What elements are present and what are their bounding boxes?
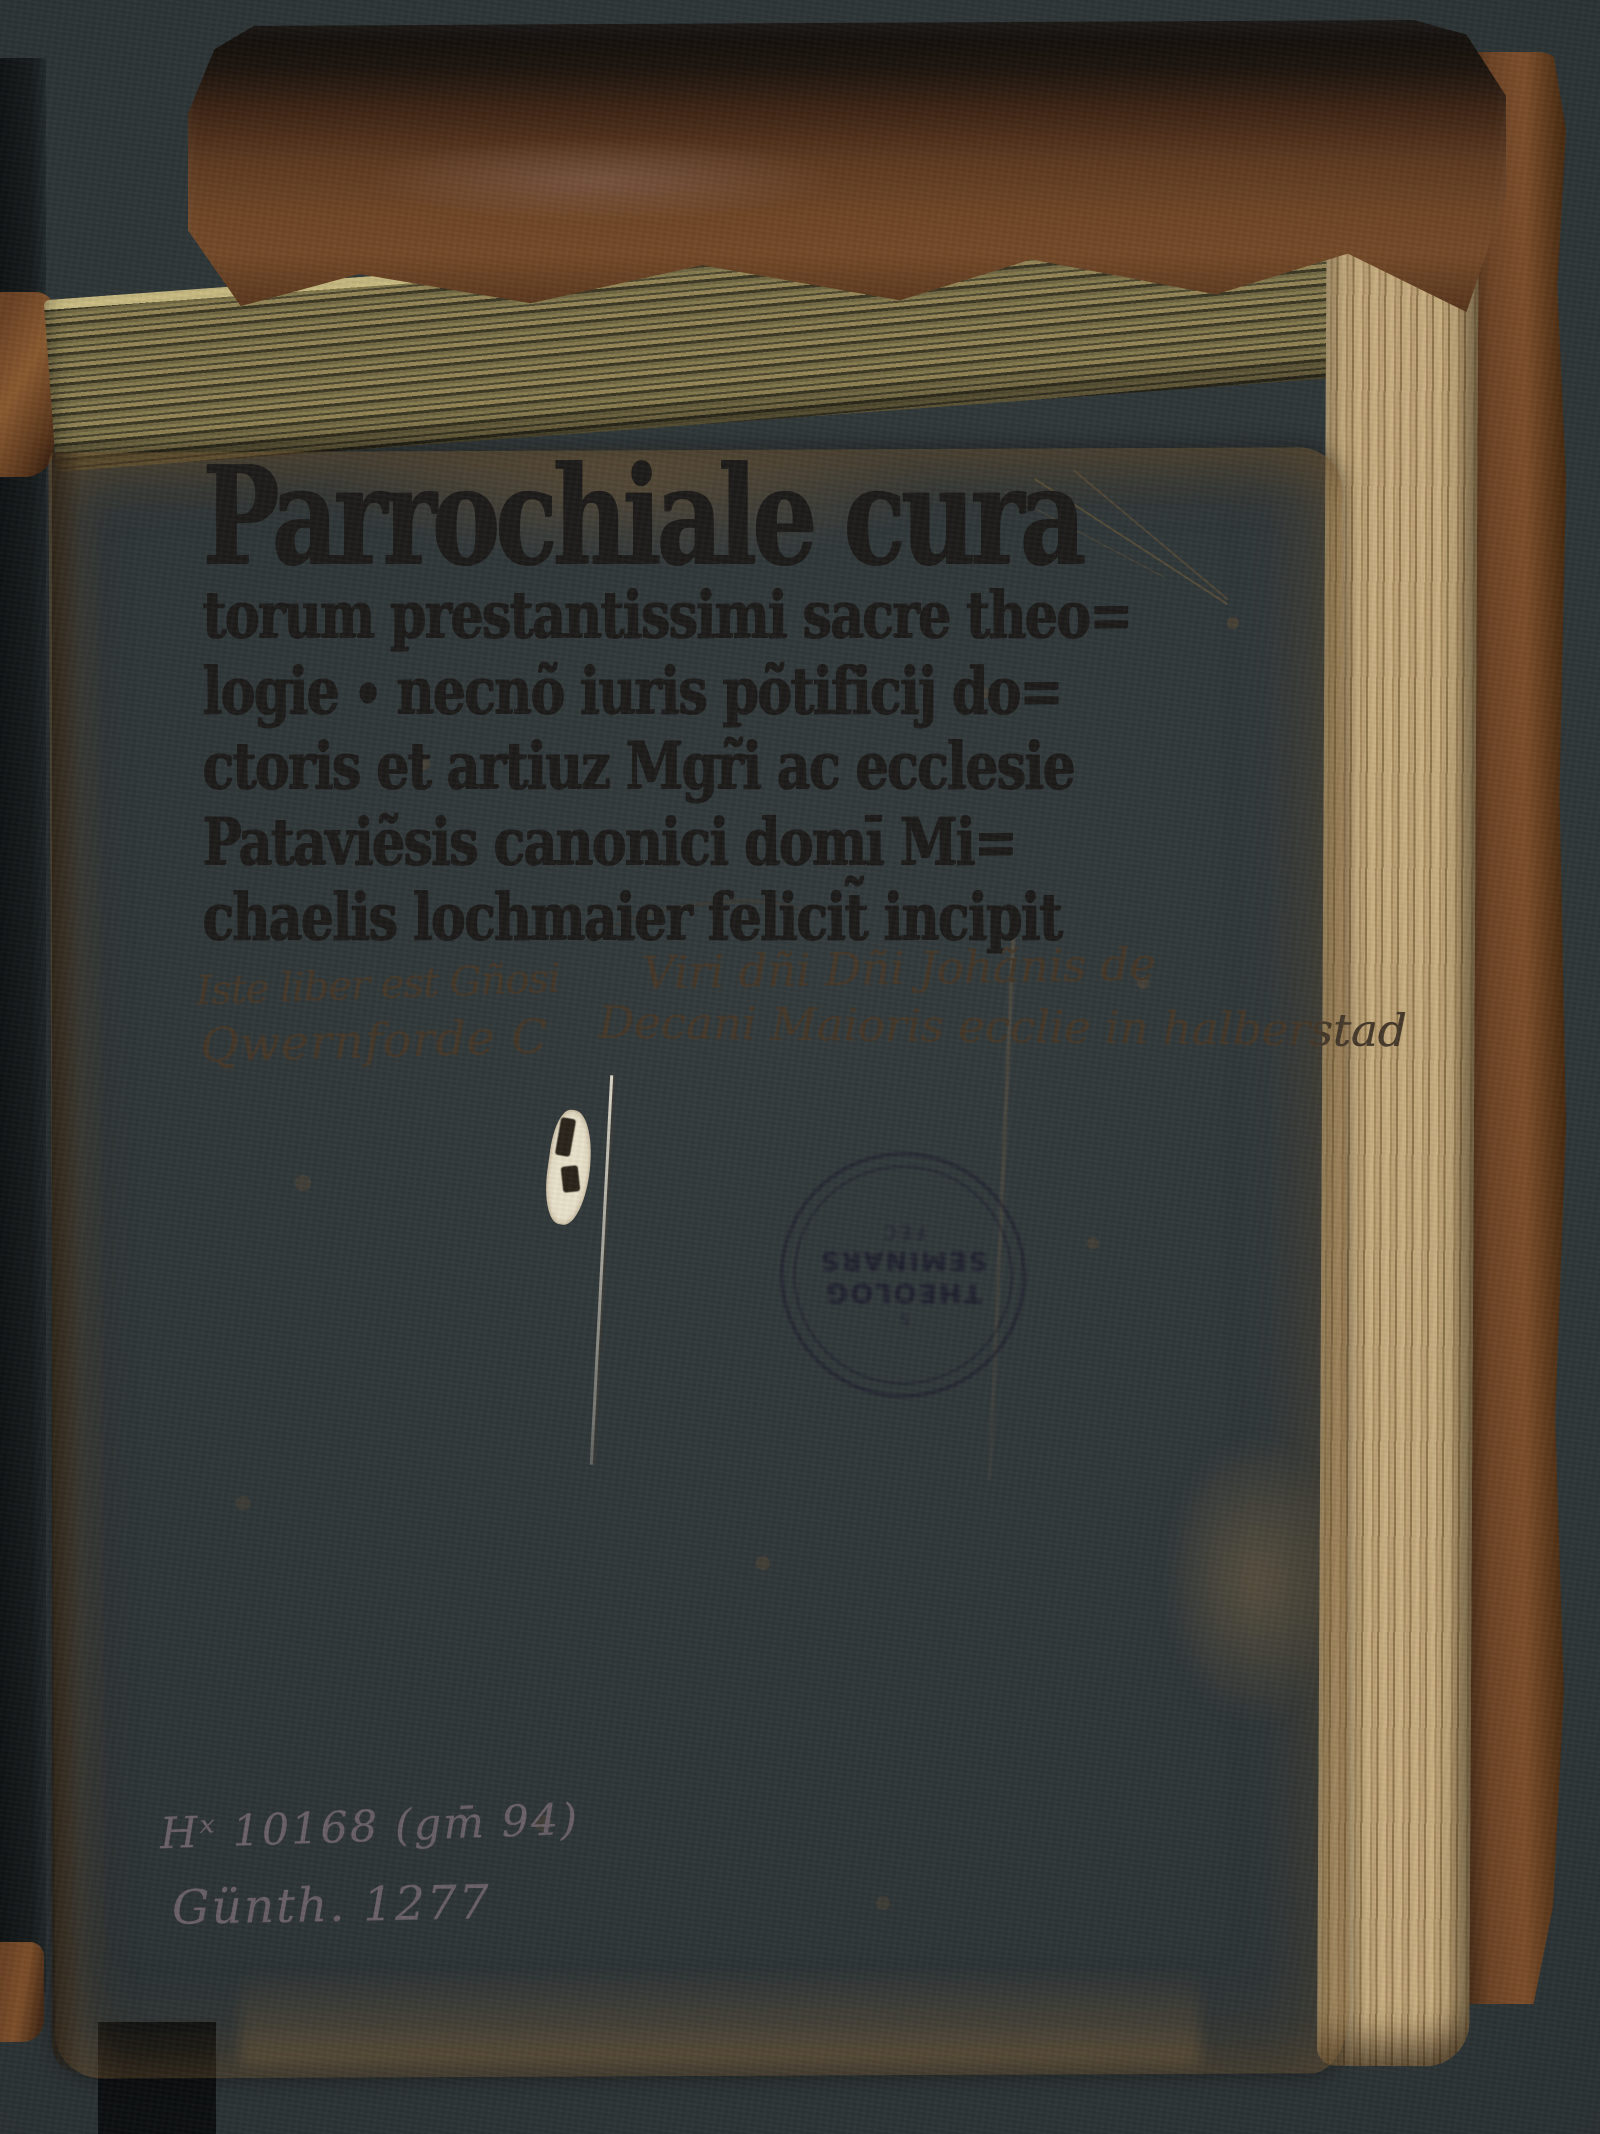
scan-background: Parrochiale cura torum prestantissimi sa… [0,0,1600,2134]
stain-right-bottom [1105,1380,1355,1780]
ownership-note-right-line-2: Decani Maioris ecclie in halberstad [598,996,1407,1057]
library-stamp: · S · THEOLOG SEMINARS FEC [780,1152,1026,1398]
library-stamp-text: · S · THEOLOG SEMINARS FEC [784,1156,1022,1394]
printed-title-line-2: torum prestantissimi sacre theo= [202,578,1131,654]
pencil-catalog-number: Günth. 1277 [172,1875,492,1936]
printed-title-line-5: Pataviẽsis canonici domī Mi= [202,805,1131,881]
left-cover-leather-fragment-bottom [0,1942,44,2042]
ink-fragment [561,1165,581,1193]
printed-title-line-3: logie ∙ necnõ iuris põtificij do= [202,654,1131,730]
gutter-shadow [52,452,82,2074]
printed-title-lines-2-6: torum prestantissimi sacre theo= logie ∙… [202,578,1131,956]
printed-title-line-4: ctoris et artiuz Mgr̃i ac ecclesie [202,729,1131,805]
ownership-note-left-line-2: Qwernforde C [199,1009,549,1073]
foxing-spots [0,0,6,6]
leather-sheen-highlight [320,120,880,240]
printed-title-line-1: Parrochiale cura [202,436,1081,599]
stain-bottom-band [240,1970,1200,2065]
ownership-note-right-line-1: Viri dñi Dñi Johãnis de [642,938,1157,1000]
